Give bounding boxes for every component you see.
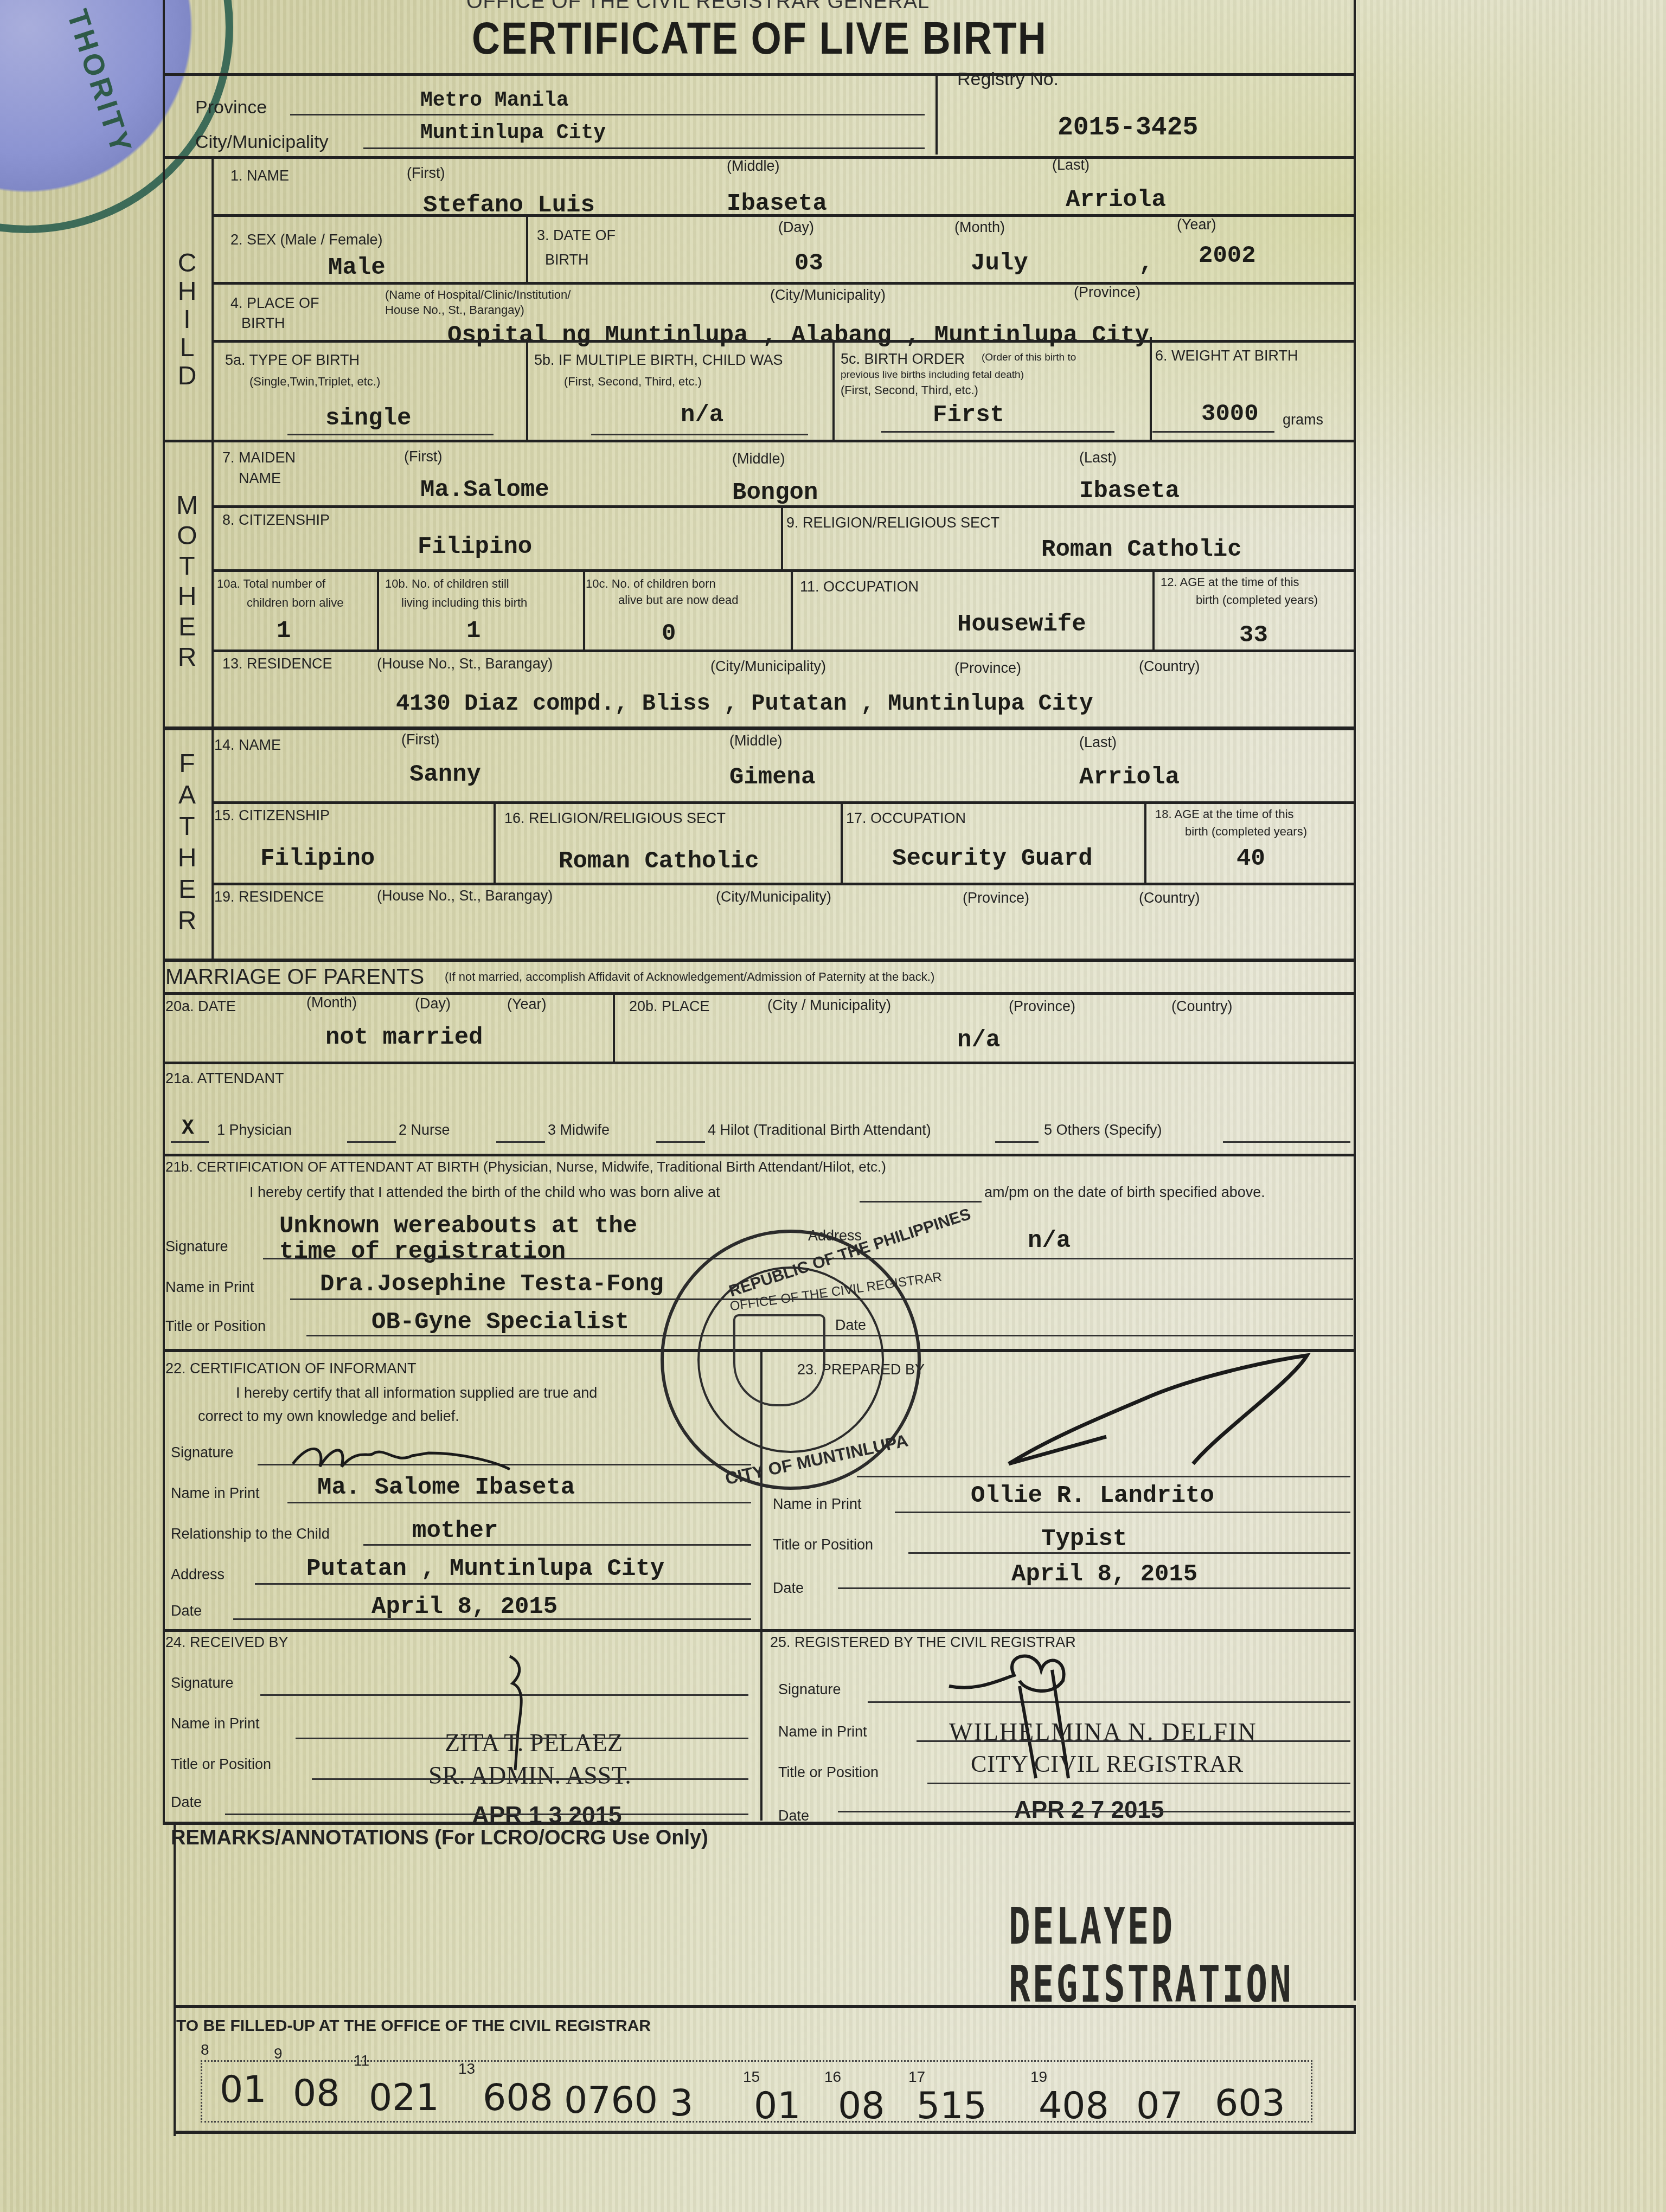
marriage-header: MARRIAGE OF PARENTS [165,965,424,989]
office-use-label: TO BE FILLED-UP AT THE OFFICE OF THE CIV… [176,2017,651,2035]
father-age-value: 40 [1236,846,1265,872]
divider [832,340,835,440]
place-of-birth-label: 4. PLACE OF [230,295,319,312]
code-value[interactable]: 608 [483,2076,553,2119]
form-left-border-lower [174,1822,176,2136]
date-label: Date [171,1795,202,1811]
city-label: (City / Municipality) [767,998,891,1014]
divider [174,2005,1356,2008]
code-value[interactable]: 021 [369,2076,439,2119]
option-midwife[interactable]: 3 Midwife [548,1122,610,1139]
father-religion-value: Roman Catholic [559,848,759,874]
mother-religion-label: 9. RELIGION/RELIGIOUS SECT [786,515,999,531]
checkbox-line [995,1141,1039,1143]
code-value[interactable]: 0760 [564,2079,658,2122]
total-children-label-2: children born alive [247,596,344,609]
attendant-options: X 1 Physician 2 Nurse 3 Midwife 4 Hilot … [165,1120,1353,1147]
name-in-print-label: Name in Print [171,1486,260,1502]
divider [494,801,496,883]
day-label: (Day) [415,996,451,1012]
field-number: 8 [201,2041,209,2059]
mother-occupation-label: 11. OCCUPATION [800,579,919,595]
first-label: (First) [404,449,442,465]
day-label: (Day) [778,220,814,236]
residence-hint: (House No., St., Barangay) [377,888,553,904]
divider [212,282,1354,285]
birth-certificate-form: OFFICE OF THE CIVIL REGISTRAR GENERAL CE… [163,0,1357,2131]
divider [583,569,585,651]
code-value[interactable]: 3 [670,2082,693,2125]
attendant-signature-note: Unknown wereabouts at the [279,1213,637,1239]
field-line [591,434,808,435]
receiver-date-stamp: APR 1 3 2015 [472,1803,621,1829]
month-label: (Month) [306,995,357,1011]
multiple-birth-hint: (First, Second, Third, etc.) [564,375,702,388]
province-label: (Province) [1009,999,1075,1015]
attendant-label: 21a. ATTENDANT [165,1071,284,1087]
divider [791,569,793,651]
mother-occupation-value: Housewife [957,612,1086,638]
year-label: (Year) [1177,217,1216,233]
dead-children-label-2: alive but are now dead [618,594,738,607]
certification-text-2: am/pm on the date of birth specified abo… [984,1185,1265,1201]
checkbox-line [347,1141,396,1143]
divider [174,2131,1356,2134]
field-line [838,1587,1350,1589]
last-label: (Last) [1079,450,1117,466]
mother-age-value: 33 [1239,622,1268,648]
first-label: (First) [401,732,439,748]
weight-unit: grams [1283,412,1323,428]
year-label: (Year) [507,996,547,1013]
total-children-value: 1 [277,618,291,644]
field-line [363,147,925,149]
divider [1150,337,1152,440]
code-value[interactable]: 08 [293,2072,340,2115]
signature-line [258,1464,751,1465]
residence-province-label: (Province) [963,890,1029,906]
dob-comma: , [1139,250,1153,276]
field-line [290,114,925,115]
dob-year: 2002 [1199,243,1256,269]
name-in-print-label: Name in Print [165,1279,254,1296]
field-line [287,1502,751,1503]
title-label: Title or Position [773,1537,873,1553]
informant-date-value: April 8, 2015 [371,1594,558,1620]
father-middle-name: Gimena [729,764,815,790]
receiver-name-value: ZITA T. PELAEZ [445,1729,623,1757]
code-value[interactable]: 01 [220,2068,267,2111]
code-value[interactable]: 08 [838,2085,885,2127]
title-label: Title or Position [171,1757,271,1773]
informant-relationship-value: mother [412,1518,498,1544]
maiden-name-label-2: NAME [239,471,281,487]
civil-registrar-seal: REPUBLIC OF THE PHILIPPINES OFFICE OF TH… [661,1230,921,1490]
multiple-birth-value: n/a [681,402,723,428]
birth-order-value: First [933,402,1004,428]
signature-line [260,1694,748,1696]
divider [212,801,1354,804]
city-label: City/Municipality [195,132,329,152]
name-in-print-label: Name in Print [171,1716,260,1732]
option-physician[interactable]: 1 Physician [217,1122,292,1139]
divider [935,73,938,155]
mother-middle-name: Bongon [732,480,818,506]
divider [781,505,783,569]
checkbox-line [171,1141,209,1143]
father-age-label: 18. AGE at the time of this [1155,808,1294,821]
code-value[interactable]: 07 [1136,2085,1183,2127]
divider [163,1154,1356,1156]
dob-day: 03 [794,250,823,276]
divider [212,569,1354,572]
province-value: Metro Manila [420,89,569,112]
signature-line [857,1476,1350,1477]
dob-month: July [971,250,1028,276]
middle-label: (Middle) [729,733,783,749]
field-line [838,1811,1350,1812]
divider [526,214,528,285]
registry-number: 2015-3425 [1058,114,1198,143]
registrar-title-value: CITY CIVIL REGISTRAR [971,1751,1244,1777]
field-line [908,1552,1350,1554]
checkbox-line [496,1141,545,1143]
option-others[interactable]: 5 Others (Specify) [1044,1122,1162,1139]
field-line [255,1583,751,1585]
child-name-label: 1. NAME [230,168,289,184]
divider [841,801,843,883]
type-of-birth-hint: (Single,Twin,Triplet, etc.) [249,375,380,388]
section-label-child: CHILD [165,249,209,390]
father-occupation-value: Security Guard [892,846,1093,872]
code-value[interactable]: 603 [1215,2082,1285,2125]
multiple-birth-label: 5b. IF MULTIPLE BIRTH, CHILD WAS [534,352,783,369]
first-label: (First) [407,165,445,182]
section-divider [212,156,214,959]
physician-check-mark[interactable]: X [182,1117,194,1140]
preparer-signature [987,1350,1323,1475]
residence-city-label: (City/Municipality) [710,659,826,675]
divider [377,569,379,651]
residence-province-label: (Province) [954,660,1021,677]
field-line [927,1783,1350,1784]
divider [163,959,1356,962]
child-middle-name: Ibaseta [727,191,827,217]
father-occupation-label: 17. OCCUPATION [846,811,966,827]
field-line [296,1738,748,1739]
date-label: Date [171,1603,202,1619]
attendant-address-value: n/a [1028,1228,1071,1254]
father-name-label: 14. NAME [214,737,281,754]
divider [212,650,1354,652]
informant-text: I hereby certify that all information su… [236,1385,597,1401]
preparer-date-value: April 8, 2015 [1011,1561,1197,1587]
mother-residence-label: 13. RESIDENCE [222,656,332,672]
code-value[interactable]: 515 [917,2085,987,2127]
divider [163,73,1356,76]
dead-children-value: 0 [662,621,676,647]
mother-last-name: Ibaseta [1079,478,1180,504]
field-line [363,1544,751,1546]
divider [212,340,1354,343]
delayed-registration-stamp: DELAYED REGISTRATION [1009,1897,1357,2014]
mother-religion-value: Roman Catholic [1041,537,1242,563]
middle-label: (Middle) [727,158,780,175]
dob-label: 3. DATE OF [537,228,616,244]
marriage-header-note: (If not married, accomplish Affidavit of… [445,970,934,983]
option-nurse[interactable]: 2 Nurse [399,1122,450,1139]
date-label: Date [773,1580,804,1597]
signature-label: Signature [171,1445,234,1461]
section-label-mother: MOTHER [165,491,209,673]
divider [163,1629,1356,1632]
place-of-birth-label-2: BIRTH [241,316,285,332]
field-line [312,1778,748,1780]
field-line [1152,431,1274,433]
place-city-label: (City/Municipality) [770,287,886,304]
informant-text-2: correct to my own knowledge and belief. [198,1409,459,1425]
divider [163,1062,1356,1064]
mother-residence-value: 4130 Diaz compd., Bliss , Putatan , Munt… [396,691,1093,716]
attendant-title-value: OB-Gyne Specialist [371,1309,629,1335]
mother-citizenship-label: 8. CITIZENSHIP [222,512,330,529]
divider [526,340,528,440]
living-children-label: 10b. No. of children still [385,577,509,590]
divider [1152,569,1155,651]
signature-line [868,1701,1350,1703]
field-line [895,1512,1350,1513]
mother-citizenship-value: Filipino [418,534,532,560]
title-label: Title or Position [778,1765,879,1781]
marriage-date-label: 20a. DATE [165,999,236,1015]
father-citizenship-value: Filipino [260,846,375,872]
marriage-place-label: 20b. PLACE [629,999,710,1015]
document-title: CERTIFICATE OF LIVE BIRTH [472,13,1047,64]
birth-order-label: 5c. BIRTH ORDER [841,351,965,368]
last-label: (Last) [1052,157,1090,173]
sex-value: Male [328,255,386,281]
remarks-label: REMARKS/ANNOTATIONS (For LCRO/OCRG Use O… [171,1827,708,1850]
father-citizenship-label: 15. CITIZENSHIP [214,808,330,824]
father-last-name: Arriola [1079,764,1180,790]
sex-label: 2. SEX (Male / Female) [230,232,383,248]
residence-country-label: (Country) [1139,890,1200,906]
place-hint-2: House No., St., Barangay) [385,304,524,317]
divider [163,1822,1356,1825]
marriage-date-value: not married [325,1025,483,1051]
receiver-title-value: SR. ADMIN. ASST. [428,1762,631,1790]
registered-by-label: 25. REGISTERED BY THE CIVIL REGISTRAR [770,1635,1076,1651]
divider [212,883,1354,885]
registry-label: Registry No. [957,69,1059,89]
attendant-signature-note-2: time of registration [279,1239,566,1265]
place-province-label: (Province) [1074,285,1140,301]
type-of-birth-value: single [325,406,411,432]
relationship-label: Relationship to the Child [171,1526,330,1542]
code-value[interactable]: 408 [1039,2085,1109,2127]
type-of-birth-label: 5a. TYPE OF BIRTH [225,352,360,369]
name-in-print-label: Name in Print [778,1724,867,1740]
signature-label: Signature [165,1239,228,1255]
country-label: (Country) [1171,999,1233,1015]
preparer-name-value: Ollie R. Landrito [971,1483,1214,1509]
attendant-name-value: Dra.Josephine Testa-Fong [320,1271,664,1297]
seal-shield-icon [733,1314,825,1406]
registrar-name-value: WILHELMINA N. DELFIN [949,1719,1257,1746]
weight-label: 6. WEIGHT AT BIRTH [1155,348,1298,364]
father-age-label-2: birth (completed years) [1185,825,1307,838]
birth-order-hint-3: (First, Second, Third, etc.) [841,384,978,397]
father-first-name: Sanny [409,762,481,788]
field-line [917,1740,1350,1742]
time-of-birth-line [860,1201,982,1203]
informant-label: 22. CERTIFICATION OF INFORMANT [165,1361,416,1377]
mother-first-name: Ma.Salome [420,477,549,503]
divider [163,726,1356,730]
received-by-label: 24. RECEIVED BY [165,1635,289,1651]
father-religion-label: 16. RELIGION/RELIGIOUS SECT [504,811,726,827]
living-children-label-2: living including this birth [401,596,527,609]
middle-label: (Middle) [732,451,785,467]
issuing-office: OFFICE OF THE CIVIL REGISTRAR GENERAL [466,0,930,14]
last-label: (Last) [1079,735,1117,751]
child-last-name: Arriola [1066,187,1166,213]
attendant-certification-label: 21b. CERTIFICATION OF ATTENDANT AT BIRTH… [165,1159,886,1175]
informant-name-value: Ma. Salome Ibaseta [317,1475,575,1501]
others-specify-line [1223,1141,1350,1143]
birth-order-hint-2: previous live births including fetal dea… [841,370,1024,381]
place-hint: (Name of Hospital/Clinic/Institution/ [385,288,571,301]
place-of-birth-value: Ospital ng Muntinlupa , Alabang , Muntin… [447,323,1149,349]
informant-signature [287,1437,515,1475]
address-label: Address [171,1567,225,1583]
province-label: Province [195,98,267,118]
father-residence-label: 19. RESIDENCE [214,889,324,905]
code-value[interactable]: 01 [754,2085,801,2127]
city-value: Muntinlupa City [420,122,606,145]
field-line [287,434,494,435]
name-in-print-label: Name in Print [773,1496,862,1513]
form-left-border [163,0,165,1822]
divider [1354,2005,1356,2132]
weight-value: 3000 [1201,401,1259,427]
certification-text: I hereby certify that I attended the bir… [249,1185,720,1201]
signature-label: Signature [171,1675,234,1692]
month-label: (Month) [954,220,1005,236]
title-label: Title or Position [165,1319,266,1335]
divider [163,440,1356,442]
residence-hint: (House No., St., Barangay) [377,656,553,672]
mother-age-label: 12. AGE at the time of this [1161,576,1299,589]
preparer-title-value: Typist [1041,1526,1127,1552]
divider [1144,801,1146,883]
field-line [225,1814,748,1815]
divider [613,992,615,1062]
residence-country-label: (Country) [1139,659,1200,675]
form-right-border [1354,0,1356,2001]
field-line [233,1618,751,1620]
checkbox-line [656,1141,705,1143]
section-label-father: FATHER [165,748,209,937]
dob-label-2: BIRTH [545,252,589,268]
residence-city-label: (City/Municipality) [716,889,831,905]
maiden-name-label: 7. MAIDEN [222,450,296,466]
total-children-label: 10a. Total number of [217,577,325,590]
birth-order-hint: (Order of this birth to [982,352,1076,364]
informant-address-value: Putatan , Muntinlupa City [306,1556,664,1582]
marriage-place-value: n/a [957,1027,1000,1053]
dead-children-label: 10c. No. of children born [586,577,716,590]
option-hilot[interactable]: 4 Hilot (Traditional Birth Attendant) [708,1122,931,1139]
living-children-value: 1 [466,618,480,644]
mother-age-label-2: birth (completed years) [1196,594,1318,607]
signature-label: Signature [778,1682,841,1698]
field-line [881,431,1114,433]
